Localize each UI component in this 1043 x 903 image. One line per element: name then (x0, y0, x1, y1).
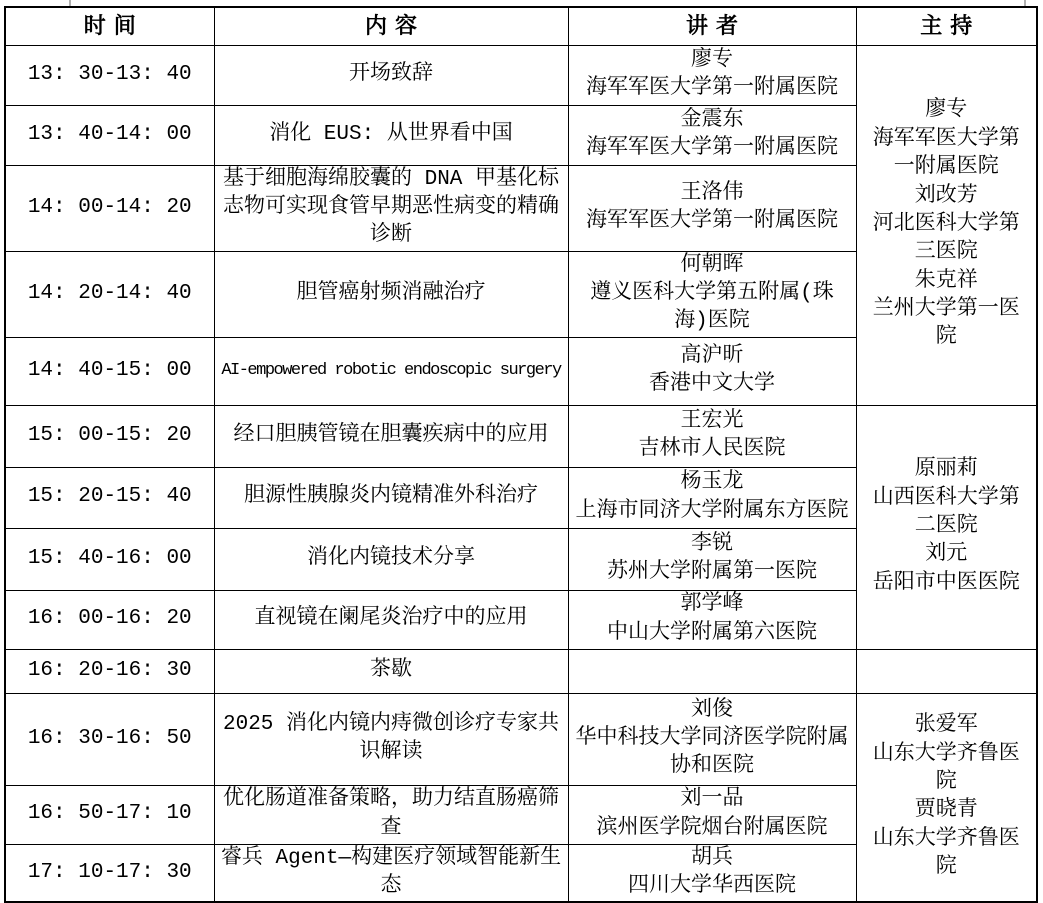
speaker-cell: 王洛伟 海军军医大学第一附属医院 (568, 165, 856, 251)
speaker-cell: 郭学峰 中山大学附属第六医院 (568, 590, 856, 649)
table-row: 15: 00-15: 20 经口胆胰管镜在胆囊疾病中的应用 王宏光 吉林市人民医… (5, 405, 1037, 467)
speaker-cell: 何朝晖 遵义医科大学第五附属(珠海)医院 (568, 251, 856, 337)
time-cell: 14: 40-15: 00 (5, 337, 214, 405)
page: 时间 内容 讲者 主持 13: 30-13: 40 开场致辞 廖专 海军军医大学… (0, 0, 1043, 878)
speaker-cell: 刘俊 华中科技大学同济医学院附属协和医院 (568, 693, 856, 785)
time-cell: 14: 20-14: 40 (5, 251, 214, 337)
host-cell-block-1: 廖专 海军军医大学第一附属医院 刘改芳 河北医科大学第三医院 朱克祥 兰州大学第… (856, 45, 1037, 405)
time-cell: 13: 40-14: 00 (5, 105, 214, 165)
time-cell: 15: 40-16: 00 (5, 528, 214, 590)
content-cell: 优化肠道准备策略，助力结直肠癌筛查 (214, 785, 568, 844)
speaker-cell (568, 649, 856, 693)
table-row: 16: 30-16: 50 2025 消化内镜内痔微创诊疗专家共识解读 刘俊 华… (5, 693, 1037, 785)
speaker-cell: 刘一品 滨州医学院烟台附属医院 (568, 785, 856, 844)
speaker-cell: 廖专 海军军医大学第一附属医院 (568, 45, 856, 105)
header-time: 时间 (5, 7, 214, 45)
content-cell: 睿兵 Agent—构建医疗领域智能新生态 (214, 844, 568, 902)
content-cell: 消化 EUS: 从世界看中国 (214, 105, 568, 165)
content-cell: 直视镜在阑尾炎治疗中的应用 (214, 590, 568, 649)
header-row: 时间 内容 讲者 主持 (5, 7, 1037, 45)
table-row: 16: 20-16: 30 茶歇 (5, 649, 1037, 693)
header-host: 主持 (856, 7, 1037, 45)
content-cell: 2025 消化内镜内痔微创诊疗专家共识解读 (214, 693, 568, 785)
content-cell: 消化内镜技术分享 (214, 528, 568, 590)
speaker-cell: 高沪昕 香港中文大学 (568, 337, 856, 405)
content-cell: 胆管癌射频消融治疗 (214, 251, 568, 337)
time-cell: 16: 30-16: 50 (5, 693, 214, 785)
time-cell: 15: 20-15: 40 (5, 467, 214, 528)
speaker-cell: 王宏光 吉林市人民医院 (568, 405, 856, 467)
speaker-cell: 胡兵 四川大学华西医院 (568, 844, 856, 902)
time-cell: 14: 00-14: 20 (5, 165, 214, 251)
content-cell: 开场致辞 (214, 45, 568, 105)
time-cell: 13: 30-13: 40 (5, 45, 214, 105)
host-cell-block-3: 张爱军 山东大学齐鲁医院 贾晓青 山东大学齐鲁医院 (856, 693, 1037, 902)
content-cell: 基于细胞海绵胶囊的 DNA 甲基化标志物可实现食管早期恶性病变的精确诊断 (214, 165, 568, 251)
time-cell: 16: 20-16: 30 (5, 649, 214, 693)
time-cell: 17: 10-17: 30 (5, 844, 214, 902)
time-cell: 16: 00-16: 20 (5, 590, 214, 649)
time-cell: 16: 50-17: 10 (5, 785, 214, 844)
speaker-cell: 李锐 苏州大学附属第一医院 (568, 528, 856, 590)
header-speaker: 讲者 (568, 7, 856, 45)
content-cell: 经口胆胰管镜在胆囊疾病中的应用 (214, 405, 568, 467)
content-cell: 茶歇 (214, 649, 568, 693)
speaker-cell: 金震东 海军军医大学第一附属医院 (568, 105, 856, 165)
schedule-table: 时间 内容 讲者 主持 13: 30-13: 40 开场致辞 廖专 海军军医大学… (4, 6, 1038, 903)
header-content: 内容 (214, 7, 568, 45)
content-cell: AI-empowered robotic endoscopic surgery (214, 337, 568, 405)
speaker-cell: 杨玉龙 上海市同济大学附属东方医院 (568, 467, 856, 528)
content-cell: 胆源性胰腺炎内镜精准外科治疗 (214, 467, 568, 528)
time-cell: 15: 00-15: 20 (5, 405, 214, 467)
host-cell-block-2: 原丽莉 山西医科大学第二医院 刘元 岳阳市中医医院 (856, 405, 1037, 649)
table-row: 13: 30-13: 40 开场致辞 廖专 海军军医大学第一附属医院 廖专 海军… (5, 45, 1037, 105)
host-cell-break (856, 649, 1037, 693)
